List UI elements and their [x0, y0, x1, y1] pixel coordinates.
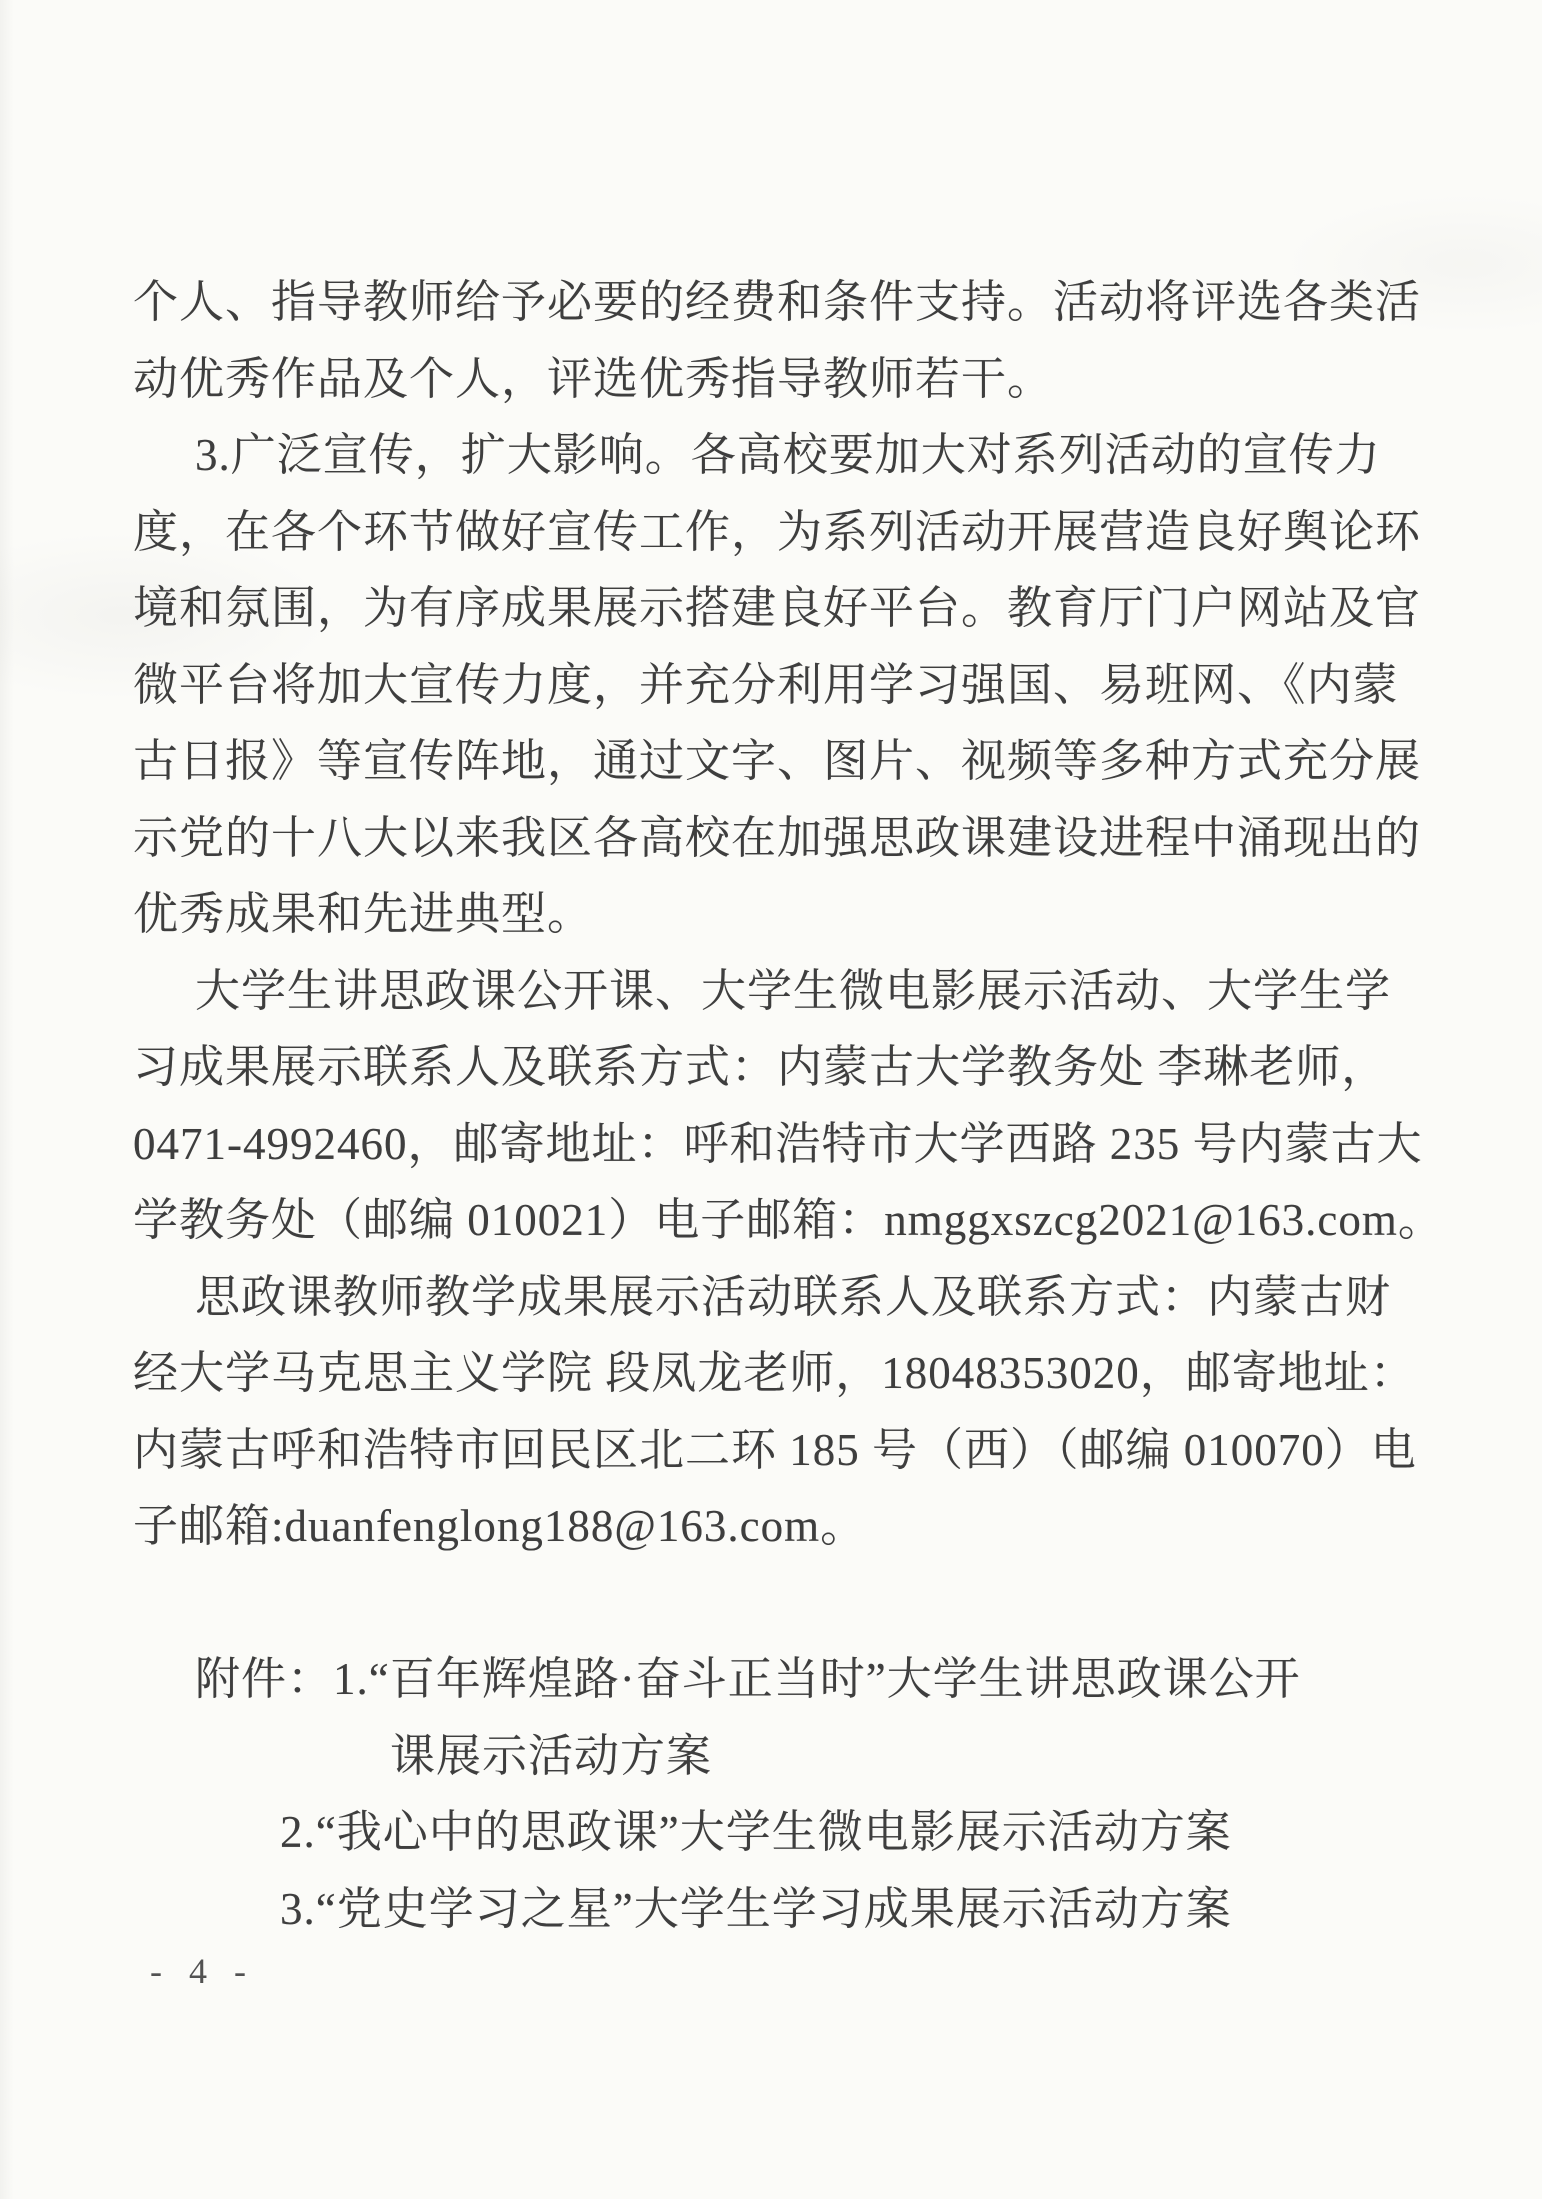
body-line: 学教务处（邮编 010021）电子邮箱：nmggxszcg2021@163.co…	[133, 1182, 1415, 1259]
body-line: 微平台将加大宣传力度，并充分利用学习强国、易班网、《内蒙	[133, 647, 1415, 724]
body-line: 动优秀作品及个人，评选优秀指导教师若干。	[133, 341, 1415, 418]
body-line: 0471-4992460，邮寄地址：呼和浩特市大学西路 235 号内蒙古大	[133, 1106, 1415, 1183]
body-line: 示党的十八大以来我区各高校在加强思政课建设进程中涌现出的	[133, 800, 1415, 877]
body-line: 古日报》等宣传阵地，通过文字、图片、视频等多种方式充分展	[133, 723, 1415, 800]
attachment-line: 3.“党史学习之星”大学生学习成果展示活动方案	[133, 1871, 1415, 1948]
body-line: 大学生讲思政课公开课、大学生微电影展示活动、大学生学	[133, 953, 1415, 1030]
body-line: 3.广泛宣传，扩大影响。各高校要加大对系列活动的宣传力	[133, 417, 1415, 494]
page-number: - 4 -	[150, 1946, 255, 1996]
body-line: 个人、指导教师给予必要的经费和条件支持。活动将评选各类活	[133, 264, 1415, 341]
blank-line	[133, 1565, 1415, 1642]
body-line: 经大学马克思主义学院 段凤龙老师，18048353020，邮寄地址：	[133, 1335, 1415, 1412]
attachment-line: 课展示活动方案	[133, 1718, 1415, 1795]
document-body: 个人、指导教师给予必要的经费和条件支持。活动将评选各类活 动优秀作品及个人，评选…	[133, 264, 1415, 1947]
body-line: 习成果展示联系人及联系方式：内蒙古大学教务处 李琳老师，	[133, 1029, 1415, 1106]
body-line: 内蒙古呼和浩特市回民区北二环 185 号（西）（邮编 010070）电	[133, 1412, 1415, 1489]
body-line: 境和氛围，为有序成果展示搭建良好平台。教育厅门户网站及官	[133, 570, 1415, 647]
scanned-document-page: 个人、指导教师给予必要的经费和条件支持。活动将评选各类活 动优秀作品及个人，评选…	[0, 0, 1542, 2199]
body-line: 优秀成果和先进典型。	[133, 876, 1415, 953]
body-line: 子邮箱:duanfenglong188@163.com。	[133, 1488, 1415, 1565]
body-line: 思政课教师教学成果展示活动联系人及联系方式：内蒙古财	[133, 1259, 1415, 1336]
attachment-line: 2.“我心中的思政课”大学生微电影展示活动方案	[133, 1794, 1415, 1871]
attachment-line: 附件：1.“百年辉煌路·奋斗正当时”大学生讲思政课公开	[133, 1641, 1415, 1718]
body-line: 度，在各个环节做好宣传工作，为系列活动开展营造良好舆论环	[133, 494, 1415, 571]
